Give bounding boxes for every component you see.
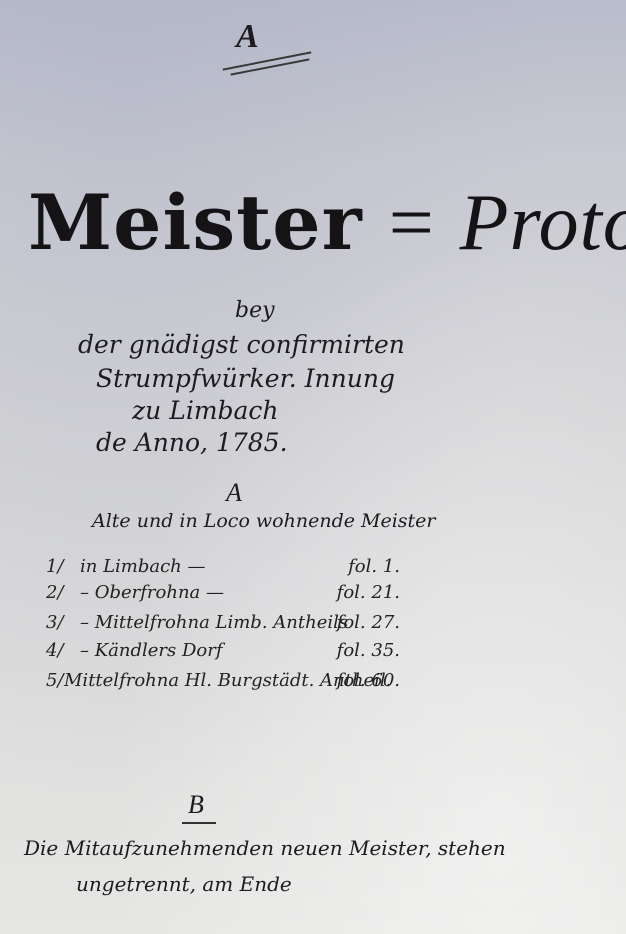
subtitle-line-1: der gnädigst confirmirten <box>78 330 405 359</box>
entry-place: – Kändlers Dorf <box>80 640 223 661</box>
list-item: 5/ Mittelfrohna Hl. Burgstädt. Antheil. … <box>40 670 400 700</box>
section-b-underline <box>182 822 216 824</box>
title-separator: = <box>384 179 439 267</box>
entry-number: 4/ <box>46 640 64 661</box>
section-a-heading: Alte und in Loco wohnende Meister <box>92 510 436 532</box>
entry-folio: fol. 27. <box>337 612 400 633</box>
entry-number: 1/ <box>46 556 64 577</box>
entry-folio: fol. 60. <box>337 670 400 691</box>
subtitle-bey: bey <box>235 298 275 323</box>
section-b-line-1: Die Mitaufzunehmenden neuen Meister, ste… <box>24 836 506 860</box>
title-initial: M <box>28 178 113 267</box>
entry-folio: fol. 35. <box>337 640 400 661</box>
entry-folio: fol. 1. <box>348 556 400 577</box>
subtitle-line-2: Strumpfwürker. Innung <box>96 364 395 393</box>
entry-number: 5/ <box>46 670 64 691</box>
title-word-2: Protocoll <box>460 179 626 267</box>
subtitle-line-3: zu Limbach <box>132 396 279 425</box>
title-word-1: eister <box>113 178 363 267</box>
subtitle-line-4: de Anno, 1785. <box>96 428 288 457</box>
list-item: 4/ – Kändlers Dorf fol. 35. <box>40 640 400 670</box>
section-a-letter: A <box>226 478 242 508</box>
list-item: 2/ – Oberfrohna — fol. 21. <box>40 582 400 612</box>
list-item: 3/ – Mittelfrohna Limb. Antheils fol. 27… <box>40 612 400 642</box>
entry-number: 2/ <box>46 582 64 603</box>
section-b-line-2: ungetrennt, am Ende <box>76 872 292 896</box>
manuscript-page: A Meister = Protocoll bey der gnädigst c… <box>0 0 626 934</box>
entry-place: – Oberfrohna — <box>80 582 224 603</box>
entry-place: – Mittelfrohna Limb. Antheils <box>80 612 348 633</box>
section-b-letter: B <box>188 790 204 820</box>
folio-mark: A <box>236 18 259 56</box>
entry-number: 3/ <box>46 612 64 633</box>
entry-place: in Limbach — <box>80 556 206 577</box>
entry-folio: fol. 21. <box>337 582 400 603</box>
page-title: Meister = Protocoll <box>28 178 626 269</box>
